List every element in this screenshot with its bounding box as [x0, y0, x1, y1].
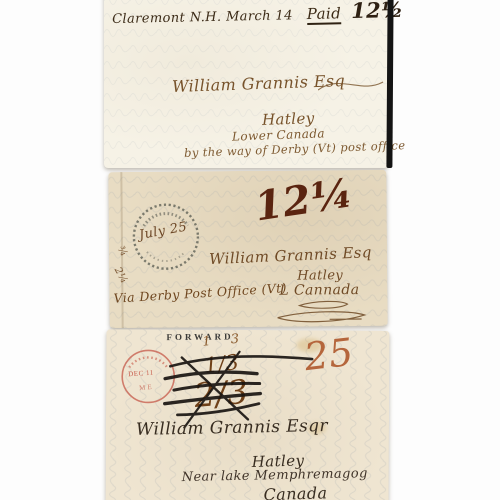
address-line: Canada — [263, 483, 327, 500]
docket-text: Claremont N.H. March 14 — [112, 8, 293, 27]
rate-marking: 25 — [302, 330, 356, 379]
address-line: William Grannis Esqr — [136, 416, 328, 440]
cover-middle: July 25 12¼ William Grannis Esq Hatley L… — [108, 170, 387, 328]
route-note: Via Derby Post Office (Vt) — [113, 280, 287, 306]
address-line: by the way of Derby (Vt) post office — [184, 138, 406, 160]
cover-bottom: FORWARD DEC 11 ME 1 3 1/3 2/3 25 William… — [106, 329, 390, 500]
cover-top: Claremont N.H. March 14Paid12½ William G… — [104, 0, 388, 168]
address-line: L Cannada — [279, 282, 359, 299]
pen-flourish — [318, 78, 384, 94]
address-line: Near lake Memphremagog — [182, 466, 368, 485]
address-line: Hatley — [262, 109, 315, 129]
address-line: William Grannis Esq — [209, 243, 372, 268]
postmark-state: ME — [139, 383, 154, 392]
pen-flourish — [269, 300, 369, 327]
rate-marking-top: 12½ — [351, 0, 404, 23]
rate-marking: 12¼ — [252, 169, 356, 230]
stampless-covers-photo: Claremont N.H. March 14Paid12½ William G… — [0, 0, 500, 500]
scan-edge-strip — [386, 0, 393, 168]
rate-fraction: ¾ — [115, 245, 129, 259]
postmark-date: DEC 11 — [128, 369, 154, 379]
paid-marking: Paid — [307, 4, 342, 25]
rate-fraction: 2¼ — [112, 266, 130, 286]
docket-line: Claremont N.H. March 14Paid12½ — [112, 0, 404, 28]
